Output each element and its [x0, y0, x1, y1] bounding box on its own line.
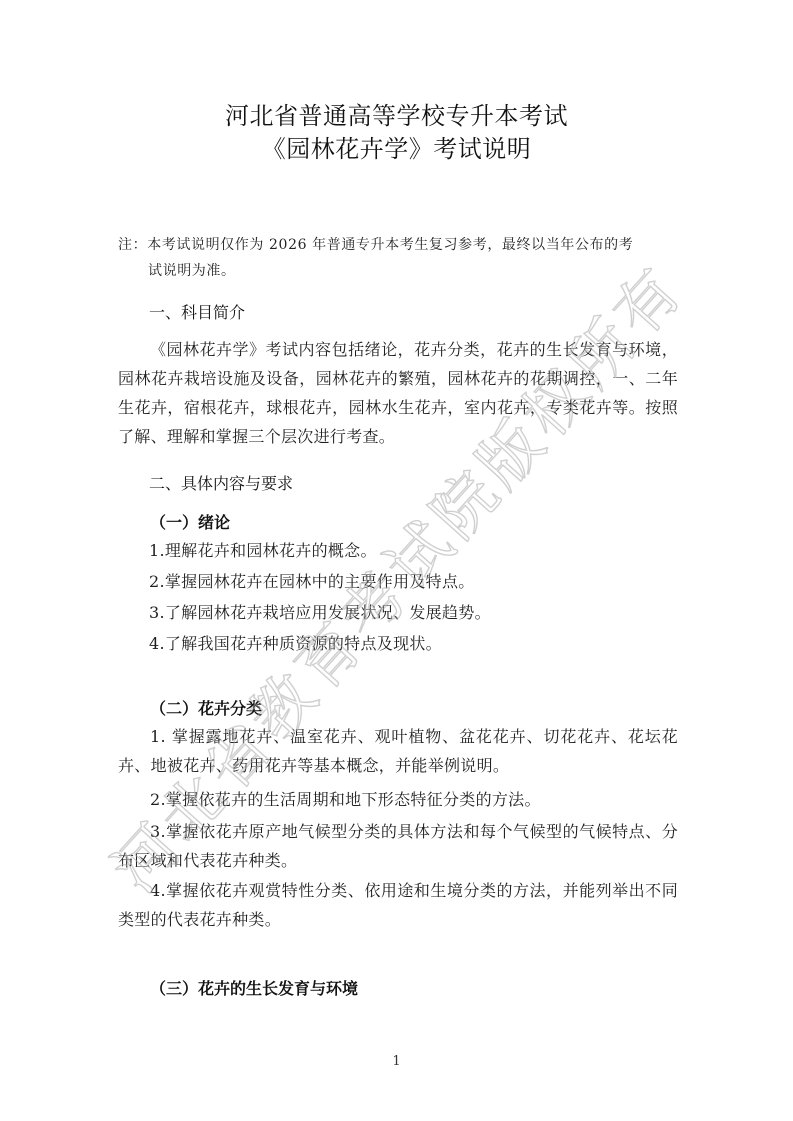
note-line1: 注：本考试说明仅作为 2026 年普通专升本考生复习参考，最终以当年公布的考 — [118, 232, 678, 258]
subsection1-item-1: 1.理解花卉和园林花卉的概念。 — [149, 536, 377, 565]
subsection2-heading: （二）花卉分类 — [150, 696, 262, 719]
section1-paragraph: 《园林花卉学》考试内容包括绪论，花卉分类，花卉的生长发育与环境，园林花卉栽培设施… — [118, 335, 678, 451]
subsection2-item-1: 1. 掌握露地花卉、温室花卉、观叶植物、盆花花卉、切花花卉、花坛花卉、地被花卉、… — [118, 722, 678, 780]
document-title-line1: 河北省普通高等学校专升本考试 — [0, 96, 793, 131]
subsection1-item-4: 4.了解我国花卉种质资源的特点及现状。 — [149, 629, 442, 658]
note-line2: 试说明为准。 — [118, 258, 678, 284]
note-block: 注：本考试说明仅作为 2026 年普通专升本考生复习参考，最终以当年公布的考 试… — [118, 232, 678, 284]
page-number: 1 — [0, 1054, 793, 1069]
document-title-line2: 《园林花卉学》考试说明 — [0, 129, 793, 164]
subsection3-heading: （三）花卉的生长发育与环境 — [150, 976, 358, 999]
subsection2-item-4: 4.掌握依花卉观赏特性分类、依用途和生境分类的方法，并能列举出不同类型的代表花卉… — [118, 876, 678, 934]
subsection1-heading: （一）绪论 — [150, 510, 230, 533]
subsection2-item-2: 2.掌握依花卉的生活周期和地下形态特征分类的方法。 — [118, 785, 678, 814]
section2-heading: 二、具体内容与要求 — [149, 471, 293, 494]
section1-heading: 一、科目简介 — [149, 300, 245, 323]
document-page: 河北省普通高等学校专升本考试 《园林花卉学》考试说明 注：本考试说明仅作为 20… — [0, 0, 793, 1121]
subsection2-item-3: 3.掌握依花卉原产地气候型分类的具体方法和每个气候型的气候特点、分布区域和代表花… — [118, 817, 678, 875]
subsection1-item-3: 3.了解园林花卉栽培应用发展状况、发展趋势。 — [149, 598, 491, 627]
subsection1-item-2: 2.掌握园林花卉在园林中的主要作用及特点。 — [149, 567, 475, 596]
